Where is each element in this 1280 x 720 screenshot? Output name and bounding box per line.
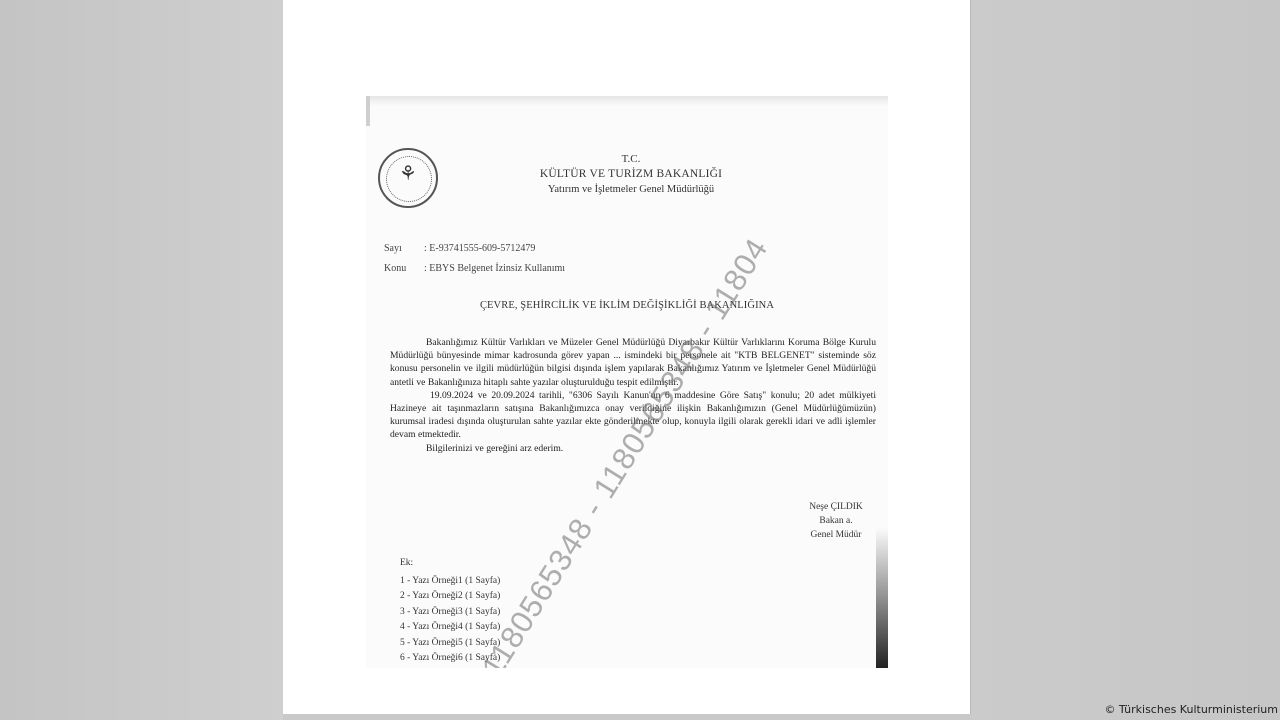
signatory-title-2: Genel Müdür (786, 528, 886, 542)
letter-body: Bakanlığımız Kültür Varlıkları ve Müzele… (390, 336, 876, 455)
sayi-label: Sayı (384, 243, 424, 254)
scanned-letter: ⚘ T.C. KÜLTÜR VE TURİZM BAKANLIĞI Yatırı… (366, 96, 888, 668)
addressee: ÇEVRE, ŞEHİRCİLİK VE İKLİM DEĞİŞİKLİĞİ B… (366, 300, 888, 311)
attachment-item: 6 - Yazı Örneği6 (1 Sayfa) (400, 651, 500, 667)
attachment-item: 7 - Yazı Örneği7 (1 Sayfa) (400, 667, 500, 669)
konu-value: : EBYS Belgenet İzinsiz Kullanımı (424, 263, 565, 274)
attachment-item: 1 - Yazı Örneği1 (1 Sayfa) (400, 574, 500, 590)
subject-line: Konu: EBYS Belgenet İzinsiz Kullanımı (384, 263, 565, 274)
signature-block: Neşe ÇILDIK Bakan a. Genel Müdür (786, 500, 886, 542)
attachments-list: Ek: 1 - Yazı Örneği1 (1 Sayfa) 2 - Yazı … (400, 556, 500, 668)
scan-edge-shadow (366, 96, 888, 106)
letterhead-ministry: KÜLTÜR VE TURİZM BAKANLIĞI (516, 167, 746, 182)
reference-number: Sayı: E-93741555-609-5712479 (384, 243, 535, 254)
paragraph-3: Bilgilerinizi ve gereğini arz ederim. (390, 442, 876, 455)
photo-credit: © Türkisches Kulturministerium (1104, 703, 1278, 716)
attachments-label: Ek: (400, 556, 500, 572)
signatory-title-1: Bakan a. (786, 514, 886, 528)
sayi-value: : E-93741555-609-5712479 (424, 243, 535, 254)
background-right (970, 0, 1280, 720)
paragraph-1: Bakanlığımız Kültür Varlıkları ve Müzele… (390, 336, 876, 389)
signatory-name: Neşe ÇILDIK (786, 500, 886, 514)
attachment-item: 5 - Yazı Örneği5 (1 Sayfa) (400, 636, 500, 652)
attachment-item: 4 - Yazı Örneği4 (1 Sayfa) (400, 620, 500, 636)
emblem-tree-icon: ⚘ (399, 164, 417, 184)
scan-corner-shadow (876, 528, 888, 668)
letterhead: T.C. KÜLTÜR VE TURİZM BAKANLIĞI Yatırım … (516, 152, 746, 197)
ministry-emblem-icon: ⚘ (378, 148, 438, 208)
attachment-item: 3 - Yazı Örneği3 (1 Sayfa) (400, 605, 500, 621)
background-left (0, 0, 283, 720)
paragraph-2: 19.09.2024 ve 20.09.2024 tarihli, "6306 … (390, 389, 876, 442)
attachment-item: 2 - Yazı Örneği2 (1 Sayfa) (400, 589, 500, 605)
konu-label: Konu (384, 263, 424, 274)
letterhead-state: T.C. (516, 152, 746, 167)
scan-edge-mark (366, 96, 370, 126)
letterhead-department: Yatırım ve İşletmeler Genel Müdürlüğü (516, 182, 746, 197)
